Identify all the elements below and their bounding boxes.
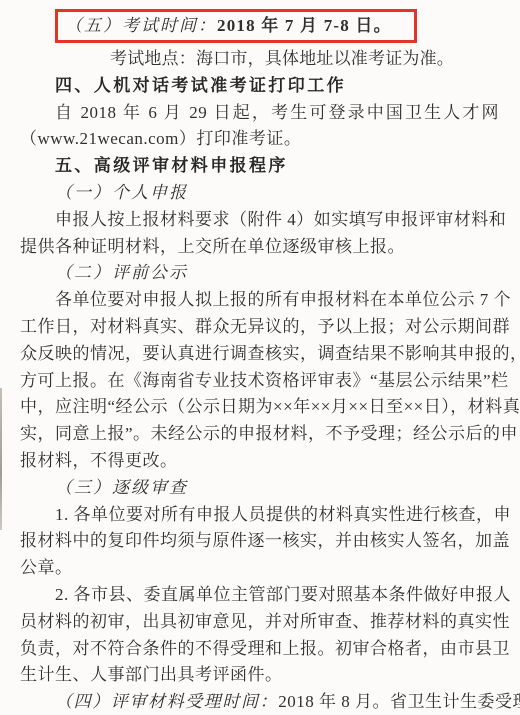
body-line: 公章。 bbox=[20, 555, 499, 582]
body-line: 负责，对不符合条件的不得受理和上报。初审合格者，由市县卫 bbox=[20, 636, 499, 663]
body-line: 工作日，对材料真实、群众无异议的，予以上报；对公示期间群 bbox=[20, 314, 499, 341]
highlight-box: （五）考试时间：2018 年 7 月 7-8 日。 bbox=[55, 9, 417, 43]
sub-heading-inline: （四）评审材料受理时间： bbox=[55, 692, 278, 711]
body-line: 报材料，不得更改。 bbox=[20, 448, 499, 475]
exam-place-line: 考试地点：海口市，具体地址以准考证为准。 bbox=[110, 46, 499, 73]
body-line: 自 2018 年 6 月 29 日起，考生可登录中国卫生人才网 bbox=[55, 100, 499, 127]
body-line: 2. 各市县、委直属单位主管部门要对照基本条件做好申报人 bbox=[55, 582, 499, 609]
body-line: 申报人按上报材料要求（附件 4）如实填写申报评审材料和 bbox=[55, 207, 499, 234]
body-text: 2018 年 8 月。省卫生计生委受理 bbox=[278, 692, 520, 711]
body-line: （www.21wecan.com）打印准考证。 bbox=[20, 126, 499, 153]
sub-heading: （一）个人申报 bbox=[55, 180, 499, 207]
sub-heading: （三）逐级审查 bbox=[55, 475, 499, 502]
body-line: 方可上报。在《海南省专业技术资格评审表》“基层公示结果”栏 bbox=[20, 368, 499, 395]
body-line: 1. 各单位要对所有申报人员提供的材料真实性进行核查，申 bbox=[55, 502, 499, 529]
sub-heading: （二）评前公示 bbox=[55, 260, 499, 287]
body-line: 提供各种证明材料，上交所在单位逐级审核上报。 bbox=[20, 234, 499, 261]
section-heading: 四、人机对话考试准考证打印工作 bbox=[55, 73, 499, 100]
body-line: 实，同意上报”。未经公示的申报材料，不予受理；经公示后的申 bbox=[20, 421, 499, 448]
body-line: 各单位要对申报人拟上报的所有申报材料在本单位公示 7 个 bbox=[55, 287, 499, 314]
body-line: （四）评审材料受理时间：2018 年 8 月。省卫生计生委受理 bbox=[55, 689, 499, 715]
section-heading: 五、高级评审材料申报程序 bbox=[55, 153, 499, 180]
body-line: 众反映的情况，要认真进行调查核实，调查结果不影响其申报的， bbox=[20, 341, 499, 368]
exam-time-label: （五）考试时间： bbox=[65, 16, 217, 35]
scan-edge-artifact bbox=[0, 388, 2, 530]
body-line: 员材料的初审，出具初审意见，并对所审查、推荐材料的真实性 bbox=[20, 609, 499, 636]
document-body: （五）考试时间：2018 年 7 月 7-8 日。考试地点：海口市，具体地址以准… bbox=[20, 6, 499, 715]
body-line: 中，应注明“经公示（公示日期为××年××月××日至××日），材料真 bbox=[20, 394, 499, 421]
exam-time-line: （五）考试时间：2018 年 7 月 7-8 日。 bbox=[55, 6, 499, 46]
exam-time-value: 2018 年 7 月 7-8 日。 bbox=[217, 16, 392, 35]
document-page: （五）考试时间：2018 年 7 月 7-8 日。考试地点：海口市，具体地址以准… bbox=[0, 0, 520, 715]
body-line: 生计生、人事部门出具考评函件。 bbox=[20, 662, 499, 689]
body-line: 报材料中的复印件均须与原件逐一核实，并由核实人签名，加盖 bbox=[20, 528, 499, 555]
